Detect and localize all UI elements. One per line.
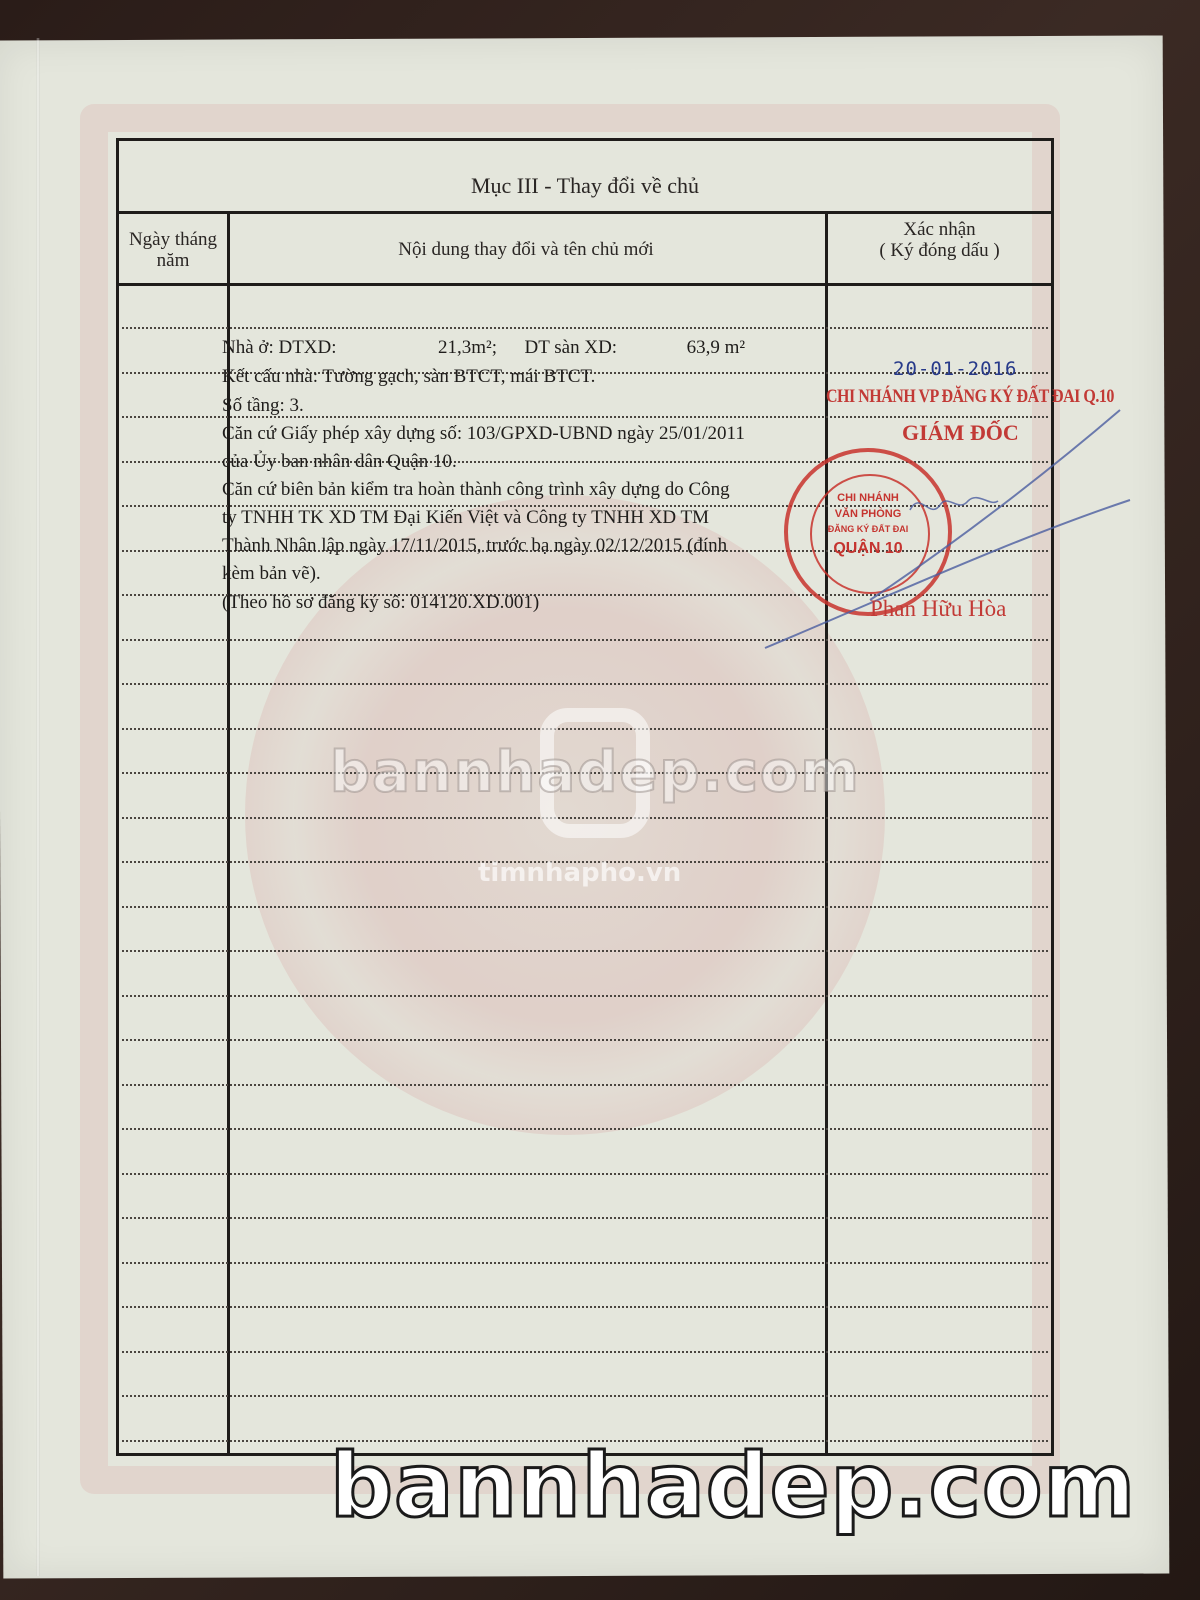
content-line: Số tầng: 3.: [222, 395, 304, 417]
dotted-rule: [122, 1084, 1048, 1086]
header-divider: [119, 283, 1051, 286]
dotted-rule: [122, 950, 1048, 952]
dotted-rule: [122, 906, 1048, 908]
header-date-line2: năm: [119, 250, 227, 271]
content-line: Căn cứ biên bản kiểm tra hoàn thành công…: [222, 479, 730, 501]
section-title: Mục III - Thay đổi về chủ: [119, 173, 1051, 199]
header-confirm-line2: ( Ký đóng dấu ): [828, 240, 1051, 261]
title-divider: [119, 211, 1051, 214]
dotted-rule: [122, 995, 1048, 997]
confirmation-date-stamp: 20-01-2016: [893, 358, 1017, 380]
watermark-sub: timnhapho.vn: [478, 858, 681, 888]
content-line: Thành Nhân lập ngày 17/11/2015, trước bạ…: [222, 535, 727, 557]
content-line: kèm bản vẽ).: [222, 563, 321, 585]
header-date: Ngày tháng năm: [119, 229, 227, 271]
dotted-rule: [122, 1173, 1048, 1175]
dotted-rule: [122, 1306, 1048, 1308]
header-content-label: Nội dung thay đổi và tên chủ mới: [227, 239, 825, 260]
header-confirm: Xác nhận ( Ký đóng dấu ): [828, 219, 1051, 261]
dotted-rule: [122, 1351, 1048, 1353]
content-line: của Ủy ban nhân dân Quận 10.: [222, 451, 457, 473]
dotted-rule: [122, 1217, 1048, 1219]
header-date-line1: Ngày tháng: [119, 229, 227, 250]
signer-name: Phan Hữu Hòa: [870, 596, 1006, 622]
page-fold: [36, 38, 40, 1576]
content-line: Kết cấu nhà: Tường gạch, sàn BTCT, mái B…: [222, 366, 595, 388]
content-line: Căn cứ Giấy phép xây dựng số: 103/GPXD-U…: [222, 423, 745, 445]
dotted-rule: [122, 683, 1048, 685]
content-line: ty TNHH TK XD TM Đại Kiến Việt và Công t…: [222, 507, 709, 529]
dotted-rule: [122, 1395, 1048, 1397]
construction-area: 21,3m²;: [438, 337, 497, 358]
dotted-rule: [122, 1128, 1048, 1130]
content-line-registration: (Theo hồ sơ đăng ký số: 014120.XD.001): [222, 592, 539, 614]
dotted-rule: [122, 1262, 1048, 1264]
header-content: Nội dung thay đổi và tên chủ mới: [227, 239, 825, 260]
dotted-rule: [122, 327, 1048, 329]
watermark-bottom: bannhadep.com: [330, 1442, 1136, 1530]
content-line-area: Nhà ở: DTXD: 21,3m²; DT sàn XD: 63,9 m²: [222, 337, 745, 359]
area-label: Nhà ở: DTXD:: [222, 337, 337, 358]
header-confirm-line1: Xác nhận: [828, 219, 1051, 240]
floor-area-label: DT sàn XD:: [525, 337, 618, 358]
watermark-center: bannhadep.com: [330, 740, 861, 805]
dotted-rule: [122, 1039, 1048, 1041]
floor-area: 63,9 m²: [687, 337, 745, 358]
